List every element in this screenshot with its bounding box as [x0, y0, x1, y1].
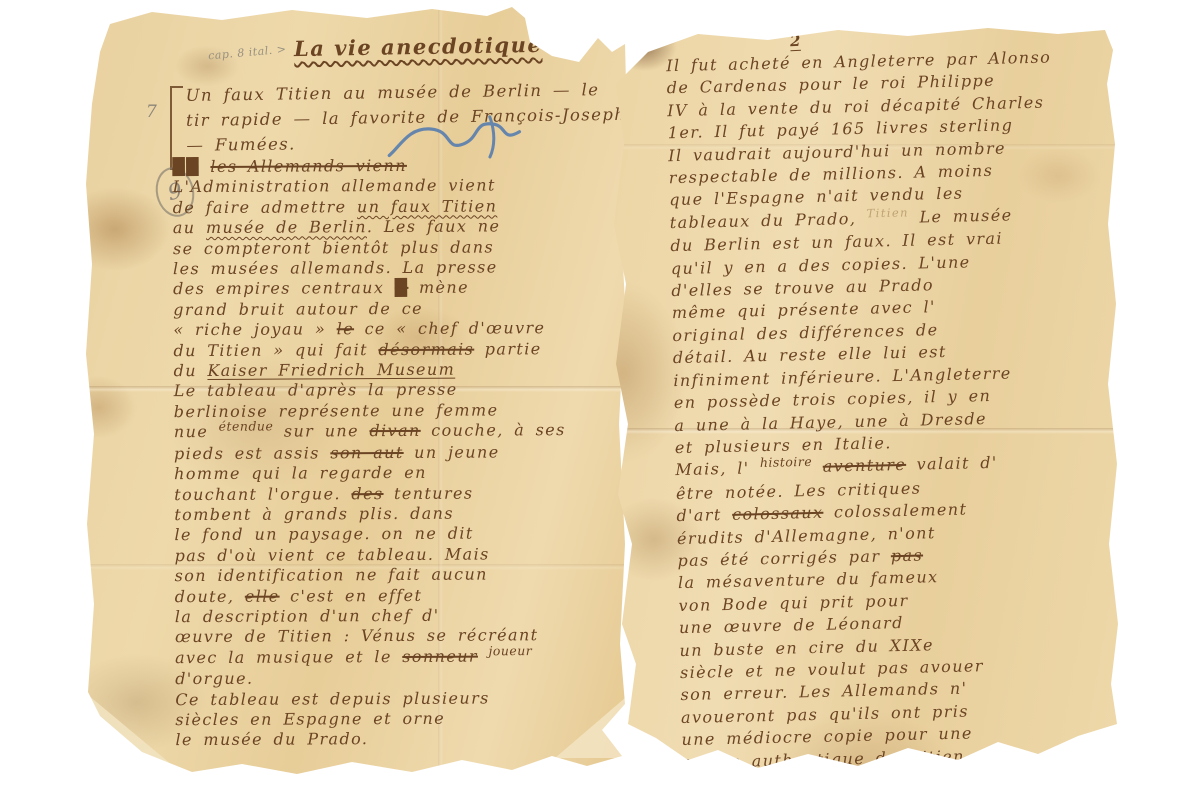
manuscript-line: la description d'un chef d'	[175, 605, 615, 628]
manuscript-line: siècles en Espagne et orne	[175, 708, 615, 731]
manuscript-line: son identification ne fait aucun	[175, 564, 615, 587]
manuscript-line: nue étendue sur une divan couche, à ses	[174, 420, 614, 444]
manuscript-line: les musées allemands. La presse	[173, 257, 613, 280]
manuscript-line: doute, elle c'est en effet	[175, 584, 615, 607]
manuscript-line: « riche joyau » le ce « chef d'œuvre	[173, 318, 613, 341]
page-title: La vie anecdotique	[294, 32, 543, 61]
manuscript-line: des empires centraux █ mène	[173, 277, 613, 300]
page-2-body-text: Il fut acheté en Angleterre par Alonsode…	[632, 45, 1122, 775]
manuscript-line: Ce tableau est depuis plusieurs	[175, 687, 615, 710]
manuscript-line: pieds est assis son aut un jeune	[174, 442, 614, 465]
manuscript-line: homme qui la regarde en	[174, 462, 614, 485]
manuscript-line: œuvre de Titien : Vénus se récréant	[175, 625, 615, 648]
manuscript-line: du Kaiser Friedrich Museum	[174, 359, 614, 382]
manuscript-line: d'orgue.	[175, 667, 615, 690]
margin-number: 7	[146, 102, 157, 122]
manuscript-page-1: cap. 8 ital. > La vie anecdotique 7 Un f…	[82, 4, 627, 780]
typesetting-note: cap. 8 ital. >	[208, 43, 287, 63]
manuscript-line: L'Administration allemande vient	[173, 175, 613, 198]
manuscript-line: Le tableau d'après la presse	[174, 379, 614, 402]
manuscript-line: ██ les Allemands vienn	[172, 155, 612, 178]
manuscript-photo: cap. 8 ital. > La vie anecdotique 7 Un f…	[0, 0, 1180, 786]
manuscript-line: se compteront bientôt plus dans	[173, 236, 613, 259]
manuscript-line: touchant l'orgue. des tentures	[174, 482, 614, 505]
manuscript-line: grand bruit autour de ce	[173, 298, 613, 321]
manuscript-line: le fond un paysage. on ne dit	[174, 523, 614, 546]
manuscript-line: au musée de Berlin. Les faux ne	[173, 216, 613, 239]
folded-corner	[88, 695, 178, 770]
manuscript-line: pas d'où vient ce tableau. Mais	[174, 544, 614, 567]
manuscript-line: du Titien » qui fait désormais partie	[173, 339, 613, 362]
manuscript-line: avec la musique et le sonneur joueur	[175, 646, 615, 670]
manuscript-page-2: 2 Il fut acheté en Angleterre par Alonso…	[608, 24, 1120, 782]
manuscript-line: de faire admettre un faux Titien	[173, 196, 613, 219]
page-1-body-text: ██ les Allemands viennL'Administration a…	[172, 155, 615, 751]
page-number: 2	[790, 32, 801, 51]
manuscript-line: tombent à grands plis. dans	[174, 503, 614, 526]
manuscript-line: le musée du Prado.	[175, 728, 615, 751]
